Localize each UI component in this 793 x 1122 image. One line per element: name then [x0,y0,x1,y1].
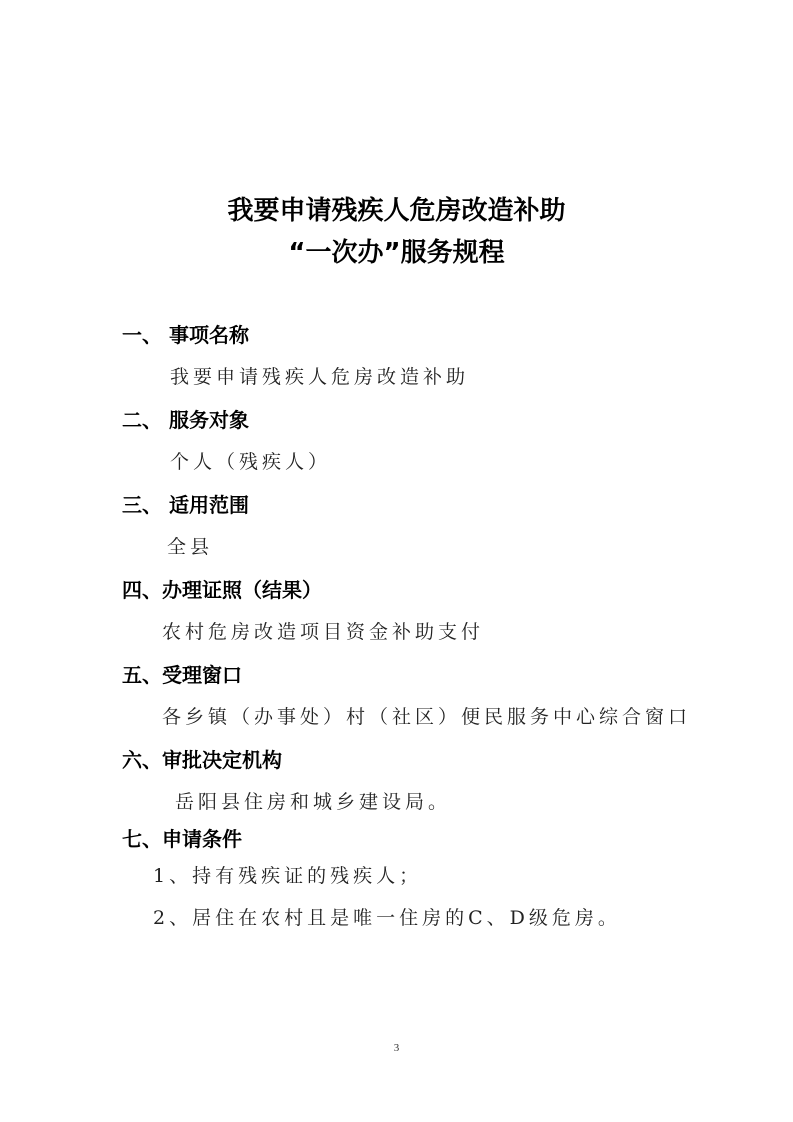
section-heading-result: 四、办理证照（结果） [122,574,322,603]
section-content-result: 农村危房改造项目资金补助支付 [162,617,484,644]
section-content-service-target: 个人（残疾人） [170,447,331,474]
document-title-line1: 我要申请残疾人危房改造补助 [0,190,793,227]
page-number: 3 [0,1042,793,1054]
section-content-scope: 全县 [167,532,213,559]
section-content-authority: 岳阳县住房和城乡建设局。 [175,787,451,814]
section-heading-service-target: 二、 服务对象 [122,404,249,433]
section-heading-scope: 三、 适用范围 [122,489,249,518]
document-title-line2: “一次办”服务规程 [0,232,793,269]
section-heading-conditions: 七、申请条件 [122,823,242,852]
condition-item: 1、持有残疾证的残疾人； [153,861,422,888]
section-content-window: 各乡镇（办事处）村（社区）便民服务中心综合窗口 [162,702,691,729]
section-heading-authority: 六、审批决定机构 [122,744,282,773]
section-heading-item-name: 一、 事项名称 [122,319,249,348]
section-heading-window: 五、受理窗口 [122,659,242,688]
condition-item: 2、居住在农村且是唯一住房的C、D级危房。 [153,903,621,930]
section-content-item-name: 我要申请残疾人危房改造补助 [170,362,469,389]
